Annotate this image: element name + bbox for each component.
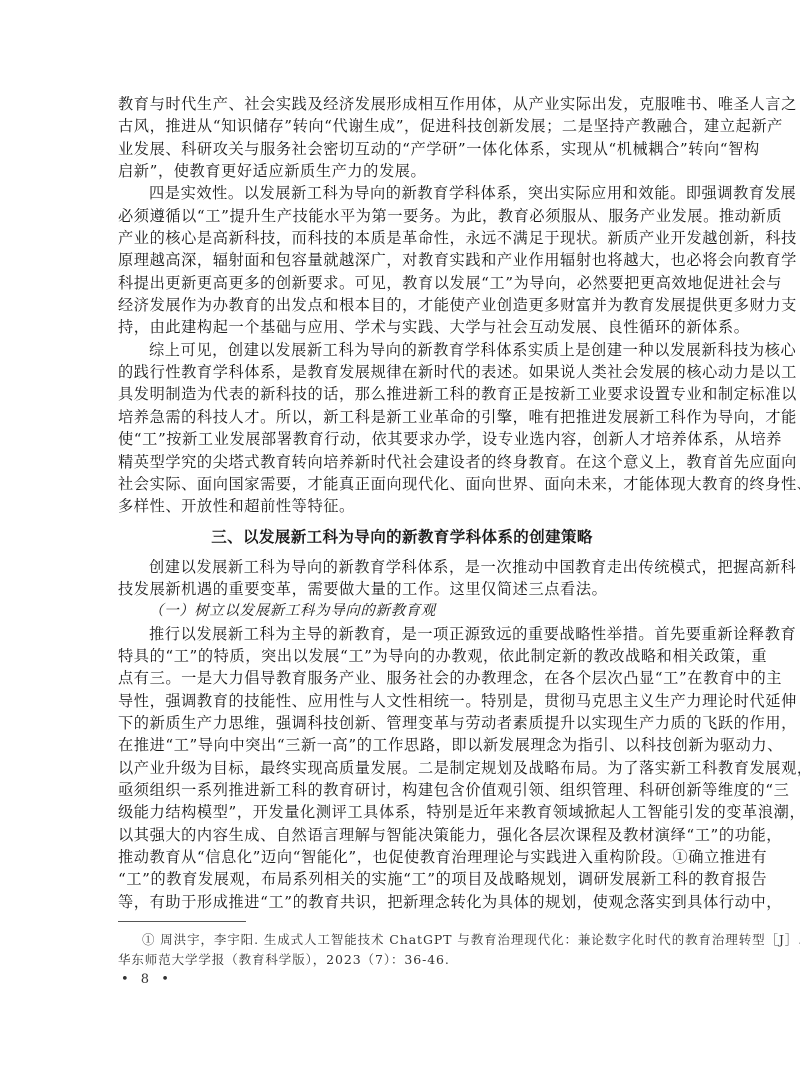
text-line: 多样性、开放性和超前性等特征。 (118, 495, 686, 517)
text-line: 经济发展作为办教育的出发点和根本目的，才能使产业创造更多财富并为教育发展提供更多… (118, 294, 686, 316)
text-line: 使“工”按新工业发展部署教育行动，依其要求办学，设专业选内容，创新人才培养体系，… (118, 428, 686, 450)
text-line: 综上可见，创建以发展新工科为导向的新教育学科体系实质上是创建一种以发展新科技为核… (118, 339, 686, 361)
page-number: • 8 • (121, 972, 173, 987)
text-line: 业发展、科研攻关与服务社会密切互动的“产学研”一体化体系，实现从“机械耦合”转向… (118, 138, 686, 160)
footnote-rule (118, 921, 246, 922)
footnote-line-2: 华东师范大学学报（教育科学版），2023（7）：36-46. (118, 950, 686, 970)
text-line: 点有三。一是大力倡导教育服务产业、服务社会的办教理念，在各个层次凸显“工”在教育… (118, 667, 686, 689)
text-line: 教育与时代生产、社会实践及经济发展形成相互作用体，从产业实际出发，克服唯书、唯圣… (118, 93, 686, 115)
text-line: 科提出更新更高更多的创新要求。可见，教育以发展“工”为导向，必然要把更高效地促进… (118, 272, 686, 294)
text-line: 推动教育从“信息化”迈向“智能化”，也促使教育治理理论与实践进入重构阶段。①确立… (118, 846, 686, 868)
subsection-heading: （一）树立以发展新工科为导向的新教育观 (118, 600, 686, 622)
text-line: 古风，推进从“知识储存”转向“代谢生成”，促进科技创新发展；二是坚持产教融合，建… (118, 115, 686, 137)
text-line: “工”的教育发展观，布局系列相关的实施“工”的项目及战略规划，调研发展新工科的教… (118, 868, 686, 890)
body-paragraphs-part3: 推行以发展新工科为主导的新教育，是一项正源致远的重要战略性举措。首先要重新诠释教… (118, 623, 686, 913)
text-line: 产业的核心是高新科技，而科技的本质是革命性，永远不满足于现状。新质产业开发越创新… (118, 227, 686, 249)
text-line: 推行以发展新工科为主导的新教育，是一项正源致远的重要战略性举措。首先要重新诠释教… (118, 623, 686, 645)
body-paragraphs-part1: 教育与时代生产、社会实践及经济发展形成相互作用体，从产业实际出发，克服唯书、唯圣… (118, 93, 686, 518)
body-paragraphs-part2: 创建以发展新工科为导向的新教育学科体系，是一次推动中国教育走出传统模式，把握高新… (118, 556, 686, 601)
text-line: 在推进“工”导向中突出“三新一高”的工作思路，即以新发展理念为指引、以科技创新为… (118, 734, 686, 756)
text-line: 以其强大的内容生成、自然语言理解与智能决策能力，强化各层次课程及教材演绎“工”的… (118, 824, 686, 846)
text-line: 启新”，使教育更好适应新质生产力的发展。 (118, 160, 686, 182)
text-line: 等，有助于形成推进“工”的教育共识，把新理念转化为具体的规划，使观念落实到具体行… (118, 891, 686, 913)
text-line: 导性，强调教育的技能性、应用性与人文性相统一。特别是，贯彻马克思主义生产力理论时… (118, 690, 686, 712)
text-line: 社会实际、面向国家需要，才能真正面向现代化、面向世界、面向未来，才能体现大教育的… (118, 473, 686, 495)
text-line: 以产业升级为目标，最终实现高质量发展。二是制定规划及战略布局。为了落实新工科教育… (118, 757, 686, 779)
footnote-line-1: ① 周洪宇，李宇阳. 生成式人工智能技术 ChatGPT 与教育治理现代化：兼论… (118, 930, 686, 950)
text-line: 精英型学究的尖塔式教育转向培养新时代社会建设者的终身教育。在这个意义上，教育首先… (118, 451, 686, 473)
page-body: 教育与时代生产、社会实践及经济发展形成相互作用体，从产业实际出发，克服唯书、唯圣… (118, 93, 686, 913)
text-line: 具发明制造为代表的新科技的话，那么推进新工科的教育正是按新工业要求设置专业和制定… (118, 383, 686, 405)
text-line: 四是实效性。以发展新工科为导向的新教育学科体系，突出实际应用和效能。即强调教育发… (118, 182, 686, 204)
text-line: 特具的“工”的特质，突出以发展“工”为导向的办教观，依此制定新的教改战略和相关政… (118, 645, 686, 667)
text-line: 下的新质生产力思维，强调科技创新、管理变革与劳动者素质提升以实现生产力质的飞跃的… (118, 712, 686, 734)
text-line: 技发展新机遇的重要变革，需要做大量的工作。这里仅简述三点看法。 (118, 578, 686, 600)
text-line: 必须遵循以“工”提升生产技能水平为第一要务。为此，教育必须服从、服务产业发展。推… (118, 205, 686, 227)
section-heading: 三、以发展新工科为导向的新教育学科体系的创建策略 (118, 518, 686, 556)
footnotes: ① 周洪宇，李宇阳. 生成式人工智能技术 ChatGPT 与教育治理现代化：兼论… (118, 930, 686, 970)
text-line: 级能力结构模型”，开发量化测评工具体系，特别是近年来教育领域掀起人工智能引发的变… (118, 801, 686, 823)
text-line: 培养急需的科技人才。所以，新工科是新工业革命的引擎，唯有把推进发展新工科作为导向… (118, 406, 686, 428)
text-line: 创建以发展新工科为导向的新教育学科体系，是一次推动中国教育走出传统模式，把握高新… (118, 556, 686, 578)
text-line: 持，由此建构起一个基础与应用、学术与实践、大学与社会互动发展、良性循环的新体系。 (118, 316, 686, 338)
text-line: 原理越高深，辐射面和包容量就越深广，对教育实践和产业作用辐射也将越大，也必将会向… (118, 249, 686, 271)
text-line: 亟须组织一系列推进新工科的教育研讨，构建包含价值观引领、组织管理、科研创新等维度… (118, 779, 686, 801)
text-line: 的践行性教育学科体系，是教育发展规律在新时代的表述。如果说人类社会发展的核心动力… (118, 361, 686, 383)
